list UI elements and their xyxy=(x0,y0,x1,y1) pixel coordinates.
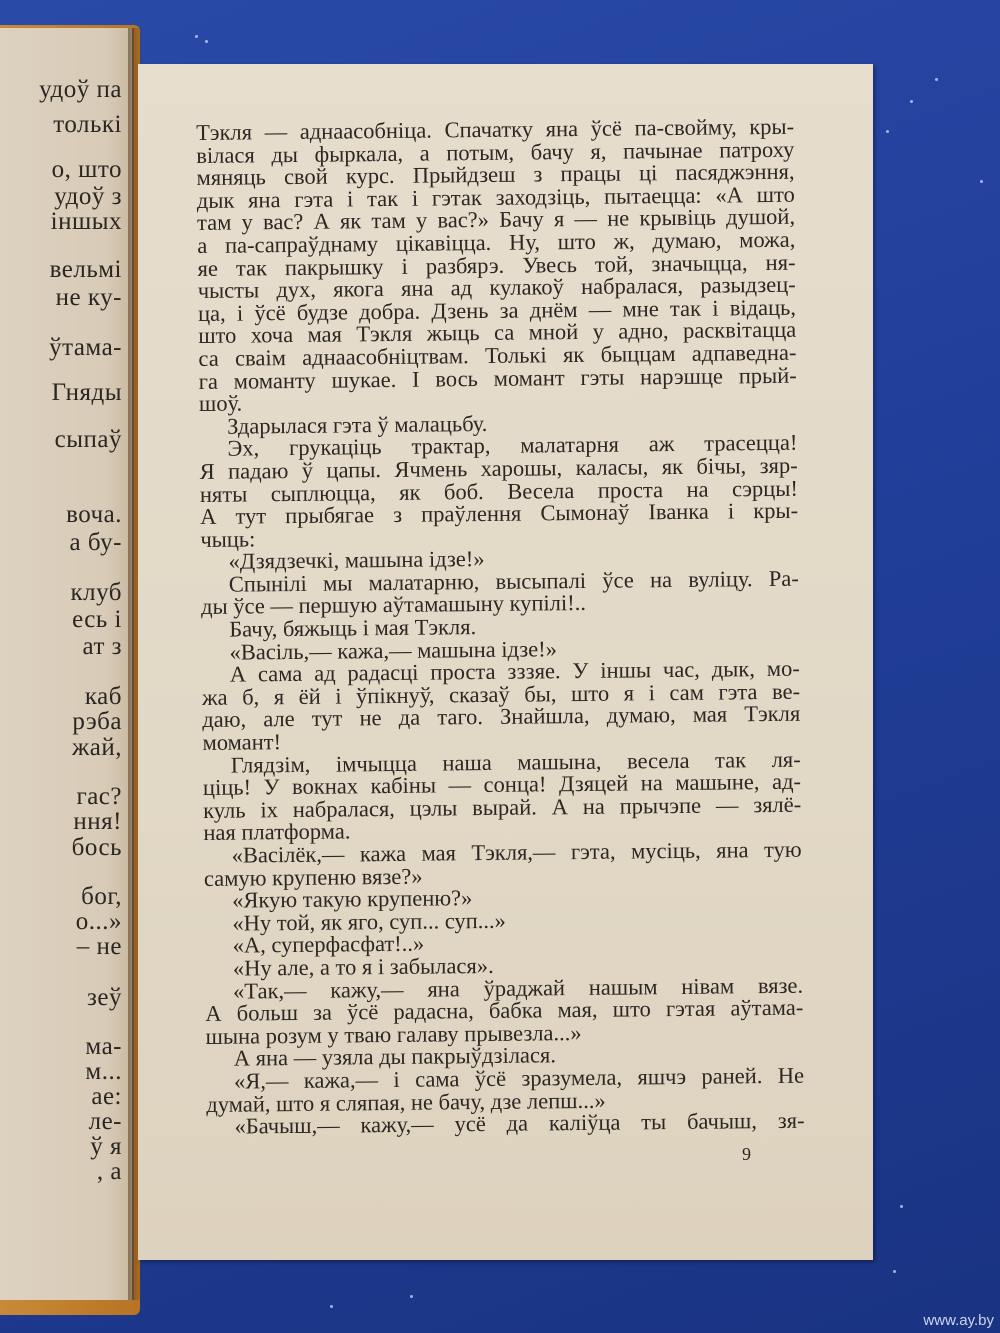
left-page-line: ат з xyxy=(83,633,123,661)
left-page-line: клуб xyxy=(70,579,122,607)
left-page: удоў патолькіо, штоудоў зіншыхвельміне к… xyxy=(0,28,134,1300)
right-page: Тэкля — аднаасобніца. Спачатку яна ўсё п… xyxy=(138,64,873,1260)
dust-speck xyxy=(935,78,938,81)
dust-speck xyxy=(910,100,913,103)
left-page-line: рэба xyxy=(72,708,122,736)
left-page-line: – не xyxy=(77,933,122,961)
left-page-line: не ку- xyxy=(56,284,122,312)
left-page-line: есь і xyxy=(72,606,122,634)
left-page-line: удоў з xyxy=(54,183,122,211)
left-page-line: сыпаў xyxy=(55,426,122,454)
dust-speck xyxy=(195,35,198,38)
dust-speck xyxy=(893,1270,896,1273)
left-page-line: каб xyxy=(85,683,122,711)
left-page-line: удоў па xyxy=(39,76,122,104)
left-page-line: ма- xyxy=(85,1033,122,1061)
left-page-line: ле- xyxy=(89,1108,122,1136)
left-page-line: гас? xyxy=(76,783,122,811)
left-page-line: бог, xyxy=(81,883,122,911)
left-page-line: воча. xyxy=(66,501,122,529)
left-page-line: ае: xyxy=(91,1083,122,1111)
left-page-line: толькі xyxy=(53,111,122,139)
watermark: www.ay.by xyxy=(923,1312,994,1329)
left-page-line: ў я xyxy=(90,1133,122,1161)
dust-speck xyxy=(900,1205,903,1208)
left-page-line: ўтама- xyxy=(49,334,122,362)
left-page-line: бось xyxy=(72,834,122,862)
left-page-line: жай, xyxy=(72,734,122,762)
left-page-line: зеў xyxy=(87,984,122,1012)
left-page-line: вельмі xyxy=(50,256,122,284)
left-page-line: о...» xyxy=(76,908,122,936)
left-page-line: іншых xyxy=(51,208,122,236)
left-page-line: о, што xyxy=(52,156,122,184)
left-page-line: а бу- xyxy=(70,529,122,557)
left-page-line: , а xyxy=(97,1158,122,1186)
dust-speck xyxy=(205,40,208,43)
dust-speck xyxy=(980,180,983,183)
left-page-line: м... xyxy=(85,1058,122,1086)
dust-speck xyxy=(410,1295,413,1298)
page-number: 9 xyxy=(742,1144,751,1165)
page-text: Тэкля — аднаасобніца. Спачатку яна ўсё п… xyxy=(196,116,805,1139)
dust-speck xyxy=(886,130,889,133)
left-page-line: Гняды xyxy=(52,379,122,407)
text-line: «Бачыш,— кажу,— усё да каліўца ты бачыш,… xyxy=(206,1110,804,1139)
left-page-line: ння! xyxy=(73,808,122,836)
dust-speck xyxy=(330,1305,333,1308)
